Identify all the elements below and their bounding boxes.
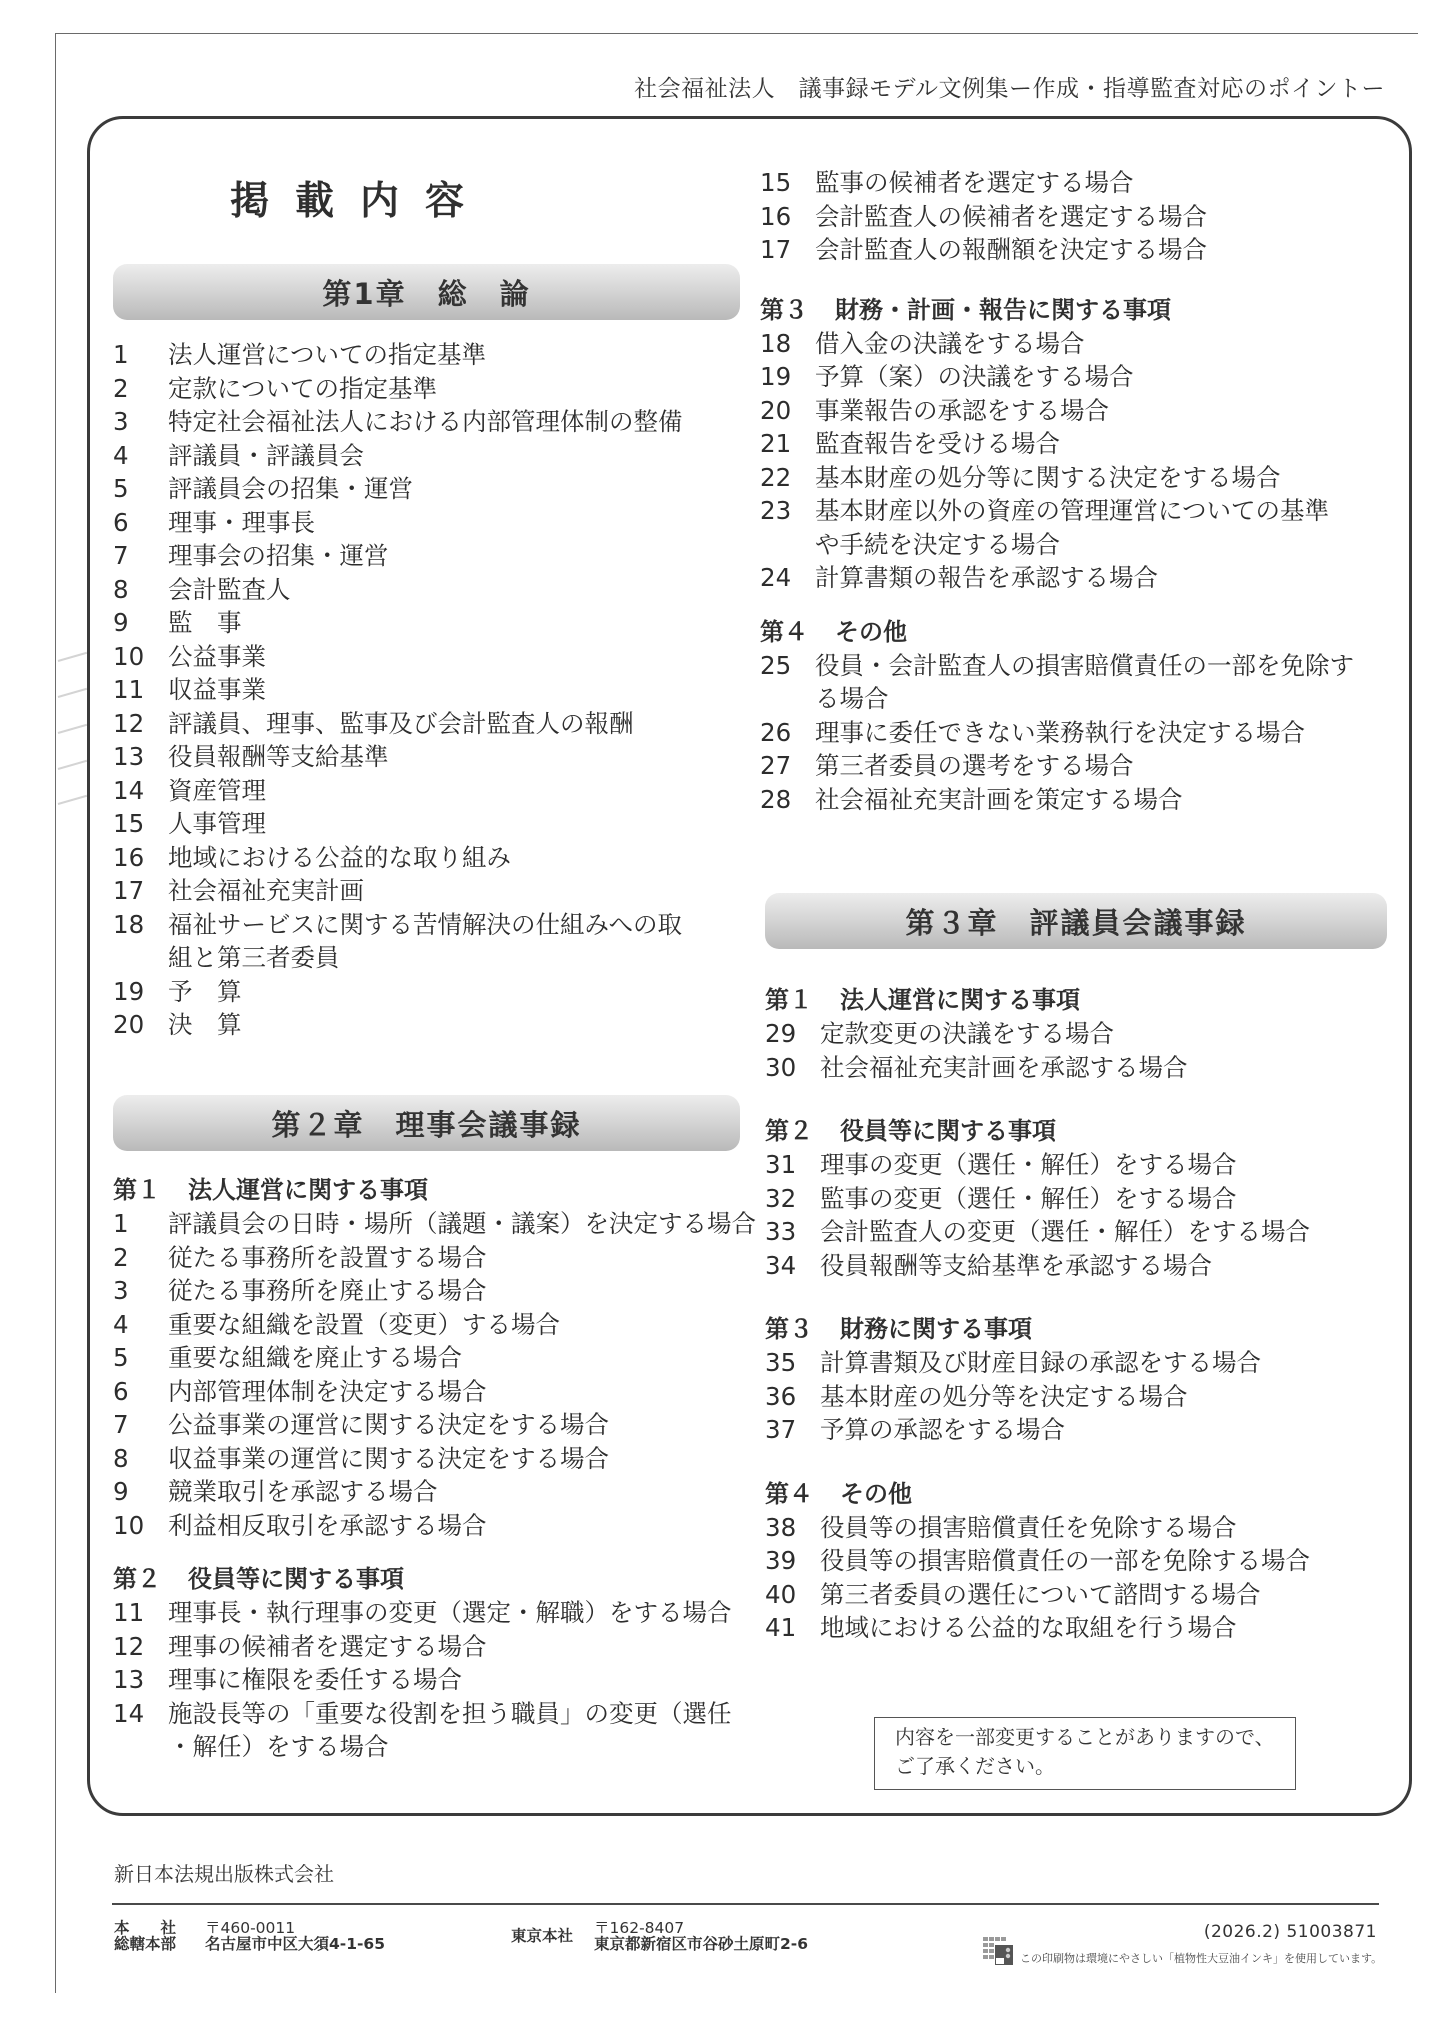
section-number: 第３ [765,1312,840,1346]
item-number: 13 [113,1663,159,1697]
contents-item: 1法人運営についての指定基準 [113,338,753,372]
item-number: 8 [113,573,159,607]
contents-item: 18借入金の決議をする場合 [760,327,1400,361]
item-text: 人事管理 [168,807,753,841]
contents-item: 2従たる事務所を設置する場合 [113,1241,763,1275]
contents-item: 7公益事業の運営に関する決定をする場合 [113,1408,763,1442]
item-text: 監事の変更（選任・解任）をする場合 [820,1182,1405,1216]
contents-item: 5重要な組織を廃止する場合 [113,1341,763,1375]
tokyo-office-label: 東京本社 [511,1928,573,1944]
item-text: 理事長・執行理事の変更（選定・解職）をする場合 [168,1596,763,1630]
item-number: 2 [113,1241,159,1275]
contents-item: 15人事管理 [113,807,753,841]
item-number: 31 [765,1148,811,1182]
contents-item: 34役員報酬等支給基準を承認する場合 [765,1249,1405,1283]
section-heading: 第４その他 [765,1477,1405,1511]
item-number: 29 [765,1017,811,1051]
item-number: 15 [113,807,159,841]
contents-item: 10利益相反取引を承認する場合 [113,1509,763,1543]
contents-item: 5評議員会の招集・運営 [113,472,753,506]
item-number: 2 [113,372,159,406]
contents-item: 3特定社会福祉法人における内部管理体制の整備 [113,405,753,439]
item-number: 27 [760,749,806,783]
section-heading: 第１法人運営に関する事項 [765,983,1405,1017]
item-text: 予算の承認をする場合 [820,1413,1405,1447]
item-text: 従たる事務所を設置する場合 [168,1241,763,1275]
item-number: 24 [760,561,806,595]
contents-item: 11収益事業 [113,673,753,707]
section-number: 第２ [765,1114,840,1148]
item-text: 理事に権限を委任する場合 [168,1663,763,1697]
page-title: 掲載内容 [230,170,630,226]
item-number: 6 [113,506,159,540]
item-number: 16 [113,841,159,875]
section-number: 第４ [760,615,835,649]
item-text: 監 事 [168,606,753,640]
chapter-1-heading: 第1章 総 論 [113,264,740,320]
scan-artifact [58,724,87,734]
item-text: 監事の候補者を選定する場合 [815,166,1400,200]
contents-item: 3従たる事務所を廃止する場合 [113,1274,763,1308]
item-text: 会計監査人の報酬額を決定する場合 [815,233,1400,267]
item-text: 計算書類及び財産目録の承認をする場合 [820,1346,1405,1380]
item-text: 評議員会の日時・場所（議題・議案）を決定する場合 [168,1207,763,1241]
item-number: 1 [113,1207,159,1241]
tokyo-office-address: 〒162-8407東京都新宿区市谷砂土原町2-6 [594,1920,808,1952]
item-number: 7 [113,539,159,573]
section-heading: 第３財務に関する事項 [765,1312,1405,1346]
outer-top-rule [55,33,1418,34]
item-text: 特定社会福祉法人における内部管理体制の整備 [168,405,753,439]
item-text: 内部管理体制を決定する場合 [168,1375,763,1409]
scan-artifact [58,652,87,662]
item-text: 評議員・評議員会 [168,439,753,473]
item-text: 役員等の損害賠償責任を免除する場合 [820,1511,1405,1545]
contents-item: 38役員等の損害賠償責任を免除する場合 [765,1511,1405,1545]
head-office-street: 名古屋市中区大須4-1-65 [205,1935,385,1953]
item-text: 第三者委員の選任について諮問する場合 [820,1578,1405,1612]
contents-item: 10公益事業 [113,640,753,674]
item-number: 10 [113,1509,159,1543]
contents-item: 14資産管理 [113,774,753,808]
item-number: 30 [765,1051,811,1085]
item-number: 35 [765,1346,811,1380]
item-text: 理事に委任できない業務執行を決定する場合 [815,716,1400,750]
item-text: 理事・理事長 [168,506,753,540]
contents-item: 31理事の変更（選任・解任）をする場合 [765,1148,1405,1182]
section-heading: 第２役員等に関する事項 [765,1114,1405,1148]
item-number: 14 [113,774,159,808]
outer-left-rule [55,33,56,1993]
item-number: 20 [113,1008,159,1042]
change-notice: 内容を一部変更することがありますので、 ご了承ください。 [874,1717,1296,1790]
item-text: 重要な組織を設置（変更）する場合 [168,1308,763,1342]
contents-item: 9競業取引を承認する場合 [113,1475,763,1509]
item-number: 9 [113,1475,159,1509]
item-text: 評議員会の招集・運営 [168,472,753,506]
item-text: 収益事業 [168,673,753,707]
item-text: 役員報酬等支給基準を承認する場合 [820,1249,1405,1283]
contents-item: 27第三者委員の選考をする場合 [760,749,1400,783]
contents-item: 35計算書類及び財産目録の承認をする場合 [765,1346,1405,1380]
section-heading: 第３財務・計画・報告に関する事項 [760,293,1400,327]
section-number: 第１ [113,1173,188,1207]
head-office-label-2: 総轄本部 [114,1935,176,1953]
item-number: 22 [760,461,806,495]
item-number: 20 [760,394,806,428]
item-text: 役員・会計監査人の損害賠償責任の一部を免除す る場合 [815,649,1400,716]
item-number: 11 [113,673,159,707]
contents-item: 33会計監査人の変更（選任・解任）をする場合 [765,1215,1405,1249]
contents-item: 40第三者委員の選任について諮問する場合 [765,1578,1405,1612]
item-text: 役員等の損害賠償責任の一部を免除する場合 [820,1544,1405,1578]
item-number: 33 [765,1215,811,1249]
item-text: 会計監査人 [168,573,753,607]
chapter-3-heading: 第３章 評議員会議事録 [765,893,1387,949]
item-number: 8 [113,1442,159,1476]
chapter-2-list-right: 15監事の候補者を選定する場合16会計監査人の候補者を選定する場合17会計監査人… [760,166,1400,816]
item-number: 13 [113,740,159,774]
footer-rule [112,1903,1379,1905]
item-number: 19 [760,360,806,394]
contents-item: 6理事・理事長 [113,506,753,540]
soy-ink-mark-icon [983,1937,1015,1965]
item-text: 利益相反取引を承認する場合 [168,1509,763,1543]
item-text: 公益事業 [168,640,753,674]
section-title: 財務に関する事項 [840,1315,1032,1343]
contents-item: 13役員報酬等支給基準 [113,740,753,774]
contents-item: 16地域における公益的な取り組み [113,841,753,875]
item-number: 41 [765,1611,811,1645]
section-number: 第１ [765,983,840,1017]
book-title-header: 社会福祉法人 議事録モデル文例集ー作成・指導監査対応のポイントー [634,70,1385,103]
item-text: 予 算 [168,975,753,1009]
item-text: 基本財産以外の資産の管理運営についての基準 や手続を決定する場合 [815,494,1400,561]
item-number: 15 [760,166,806,200]
contents-item: 20事業報告の承認をする場合 [760,394,1400,428]
item-number: 3 [113,1274,159,1308]
item-number: 16 [760,200,806,234]
item-number: 19 [113,975,159,1009]
item-number: 17 [760,233,806,267]
scan-artifact [58,795,87,805]
item-text: 資産管理 [168,774,753,808]
item-number: 12 [113,707,159,741]
tokyo-office-street: 東京都新宿区市谷砂土原町2-6 [594,1935,808,1953]
contents-item: 20決 算 [113,1008,753,1042]
contents-item: 41地域における公益的な取組を行う場合 [765,1611,1405,1645]
item-number: 26 [760,716,806,750]
item-text: 重要な組織を廃止する場合 [168,1341,763,1375]
section-heading: 第４その他 [760,615,1400,649]
item-number: 5 [113,472,159,506]
contents-item: 30社会福祉充実計画を承認する場合 [765,1051,1405,1085]
item-text: 福祉サービスに関する苦情解決の仕組みへの取 組と第三者委員 [168,908,753,975]
chapter-3-list: 第１法人運営に関する事項29定款変更の決議をする場合30社会福祉充実計画を承認す… [765,983,1405,1645]
item-text: 収益事業の運営に関する決定をする場合 [168,1442,763,1476]
scan-artifact [58,688,87,698]
eco-ink-note: この印刷物は環境にやさしい「植物性大豆油インキ」を使用しています。 [1020,1950,1382,1966]
contents-item: 2定款についての指定基準 [113,372,753,406]
contents-item: 6内部管理体制を決定する場合 [113,1375,763,1409]
contents-item: 11理事長・執行理事の変更（選定・解職）をする場合 [113,1596,763,1630]
contents-item: 39役員等の損害賠償責任の一部を免除する場合 [765,1544,1405,1578]
item-number: 6 [113,1375,159,1409]
contents-item: 9監 事 [113,606,753,640]
item-number: 7 [113,1408,159,1442]
item-number: 37 [765,1413,811,1447]
item-text: 従たる事務所を廃止する場合 [168,1274,763,1308]
item-number: 3 [113,405,159,439]
item-text: 会計監査人の候補者を選定する場合 [815,200,1400,234]
contents-item: 12評議員、理事、監事及び会計監査人の報酬 [113,707,753,741]
item-number: 21 [760,427,806,461]
item-number: 11 [113,1596,159,1630]
item-text: 定款変更の決議をする場合 [820,1017,1405,1051]
section-number: 第４ [765,1477,840,1511]
item-text: 監査報告を受ける場合 [815,427,1400,461]
section-title: 法人運営に関する事項 [840,986,1080,1014]
item-number: 34 [765,1249,811,1283]
item-text: 競業取引を承認する場合 [168,1475,763,1509]
contents-item: 37予算の承認をする場合 [765,1413,1405,1447]
item-text: 公益事業の運営に関する決定をする場合 [168,1408,763,1442]
item-number: 25 [760,649,806,683]
item-number: 38 [765,1511,811,1545]
section-number: 第３ [760,293,835,327]
contents-item: 17会計監査人の報酬額を決定する場合 [760,233,1400,267]
item-text: 理事の変更（選任・解任）をする場合 [820,1148,1405,1182]
section-title: 法人運営に関する事項 [188,1176,428,1204]
item-number: 18 [113,908,159,942]
item-number: 17 [113,874,159,908]
section-heading: 第２役員等に関する事項 [113,1562,763,1596]
contents-item: 12理事の候補者を選定する場合 [113,1630,763,1664]
item-number: 9 [113,606,159,640]
contents-item: 32監事の変更（選任・解任）をする場合 [765,1182,1405,1216]
catalog-code: (2026.2) 51003871 [1204,1922,1377,1942]
section-title: 役員等に関する事項 [188,1565,404,1593]
item-text: 地域における公益的な取り組み [168,841,753,875]
contents-item: 13理事に権限を委任する場合 [113,1663,763,1697]
item-number: 32 [765,1182,811,1216]
contents-item: 26理事に委任できない業務執行を決定する場合 [760,716,1400,750]
contents-item: 4評議員・評議員会 [113,439,753,473]
item-text: 理事の候補者を選定する場合 [168,1630,763,1664]
contents-item: 18福祉サービスに関する苦情解決の仕組みへの取 組と第三者委員 [113,908,753,975]
item-text: 事業報告の承認をする場合 [815,394,1400,428]
head-office-label: 本 社総轄本部 [114,1920,176,1952]
item-number: 36 [765,1380,811,1414]
item-number: 4 [113,439,159,473]
section-title: その他 [835,618,907,646]
contents-item: 16会計監査人の候補者を選定する場合 [760,200,1400,234]
contents-item: 14施設長等の「重要な役割を担う職員」の変更（選任 ・解任）をする場合 [113,1697,763,1764]
item-text: 役員報酬等支給基準 [168,740,753,774]
section-title: 役員等に関する事項 [840,1117,1056,1145]
item-text: 決 算 [168,1008,753,1042]
contents-item: 25役員・会計監査人の損害賠償責任の一部を免除す る場合 [760,649,1400,716]
contents-item: 19予 算 [113,975,753,1009]
contents-item: 1評議員会の日時・場所（議題・議案）を決定する場合 [113,1207,763,1241]
chapter-2-list-left: 第１法人運営に関する事項1評議員会の日時・場所（議題・議案）を決定する場合2従た… [113,1173,763,1764]
item-text: 社会福祉充実計画を承認する場合 [820,1051,1405,1085]
contents-item: 23基本財産以外の資産の管理運営についての基準 や手続を決定する場合 [760,494,1400,561]
item-number: 1 [113,338,159,372]
item-number: 39 [765,1544,811,1578]
item-text: 評議員、理事、監事及び会計監査人の報酬 [168,707,753,741]
tokyo-office-label-text: 東京本社 [511,1927,573,1945]
item-text: 計算書類の報告を承認する場合 [815,561,1400,595]
item-text: 社会福祉充実計画を策定する場合 [815,783,1400,817]
item-text: 理事会の招集・運営 [168,539,753,573]
contents-item: 7理事会の招集・運営 [113,539,753,573]
item-number: 12 [113,1630,159,1664]
item-number: 10 [113,640,159,674]
item-text: 予算（案）の決議をする場合 [815,360,1400,394]
scan-artifact [58,760,87,770]
item-text: 社会福祉充実計画 [168,874,753,908]
section-title: 財務・計画・報告に関する事項 [835,296,1171,324]
section-number: 第２ [113,1562,188,1596]
contents-item: 29定款変更の決議をする場合 [765,1017,1405,1051]
contents-item: 22基本財産の処分等に関する決定をする場合 [760,461,1400,495]
item-text: 会計監査人の変更（選任・解任）をする場合 [820,1215,1405,1249]
item-number: 28 [760,783,806,817]
contents-item: 24計算書類の報告を承認する場合 [760,561,1400,595]
contents-item: 8会計監査人 [113,573,753,607]
item-number: 23 [760,494,806,528]
chapter-1-list: 1法人運営についての指定基準2定款についての指定基準3特定社会福祉法人における内… [113,338,753,1042]
item-text: 法人運営についての指定基準 [168,338,753,372]
contents-item: 36基本財産の処分等を決定する場合 [765,1380,1405,1414]
item-text: 基本財産の処分等を決定する場合 [820,1380,1405,1414]
item-text: 地域における公益的な取組を行う場合 [820,1611,1405,1645]
head-office-address: 〒460-0011名古屋市中区大須4-1-65 [205,1920,385,1952]
contents-item: 8収益事業の運営に関する決定をする場合 [113,1442,763,1476]
item-number: 5 [113,1341,159,1375]
contents-item: 28社会福祉充実計画を策定する場合 [760,783,1400,817]
section-heading: 第１法人運営に関する事項 [113,1173,763,1207]
item-number: 4 [113,1308,159,1342]
item-text: 定款についての指定基準 [168,372,753,406]
item-number: 18 [760,327,806,361]
contents-item: 21監査報告を受ける場合 [760,427,1400,461]
section-title: その他 [840,1480,912,1508]
item-text: 第三者委員の選考をする場合 [815,749,1400,783]
item-text: 施設長等の「重要な役割を担う職員」の変更（選任 ・解任）をする場合 [168,1697,763,1764]
item-number: 40 [765,1578,811,1612]
contents-item: 4重要な組織を設置（変更）する場合 [113,1308,763,1342]
item-text: 基本財産の処分等に関する決定をする場合 [815,461,1400,495]
publisher-name: 新日本法規出版株式会社 [114,1858,334,1887]
contents-item: 17社会福祉充実計画 [113,874,753,908]
item-number: 14 [113,1697,159,1731]
item-text: 借入金の決議をする場合 [815,327,1400,361]
contents-item: 19予算（案）の決議をする場合 [760,360,1400,394]
contents-item: 15監事の候補者を選定する場合 [760,166,1400,200]
chapter-2-heading: 第２章 理事会議事録 [113,1095,740,1151]
